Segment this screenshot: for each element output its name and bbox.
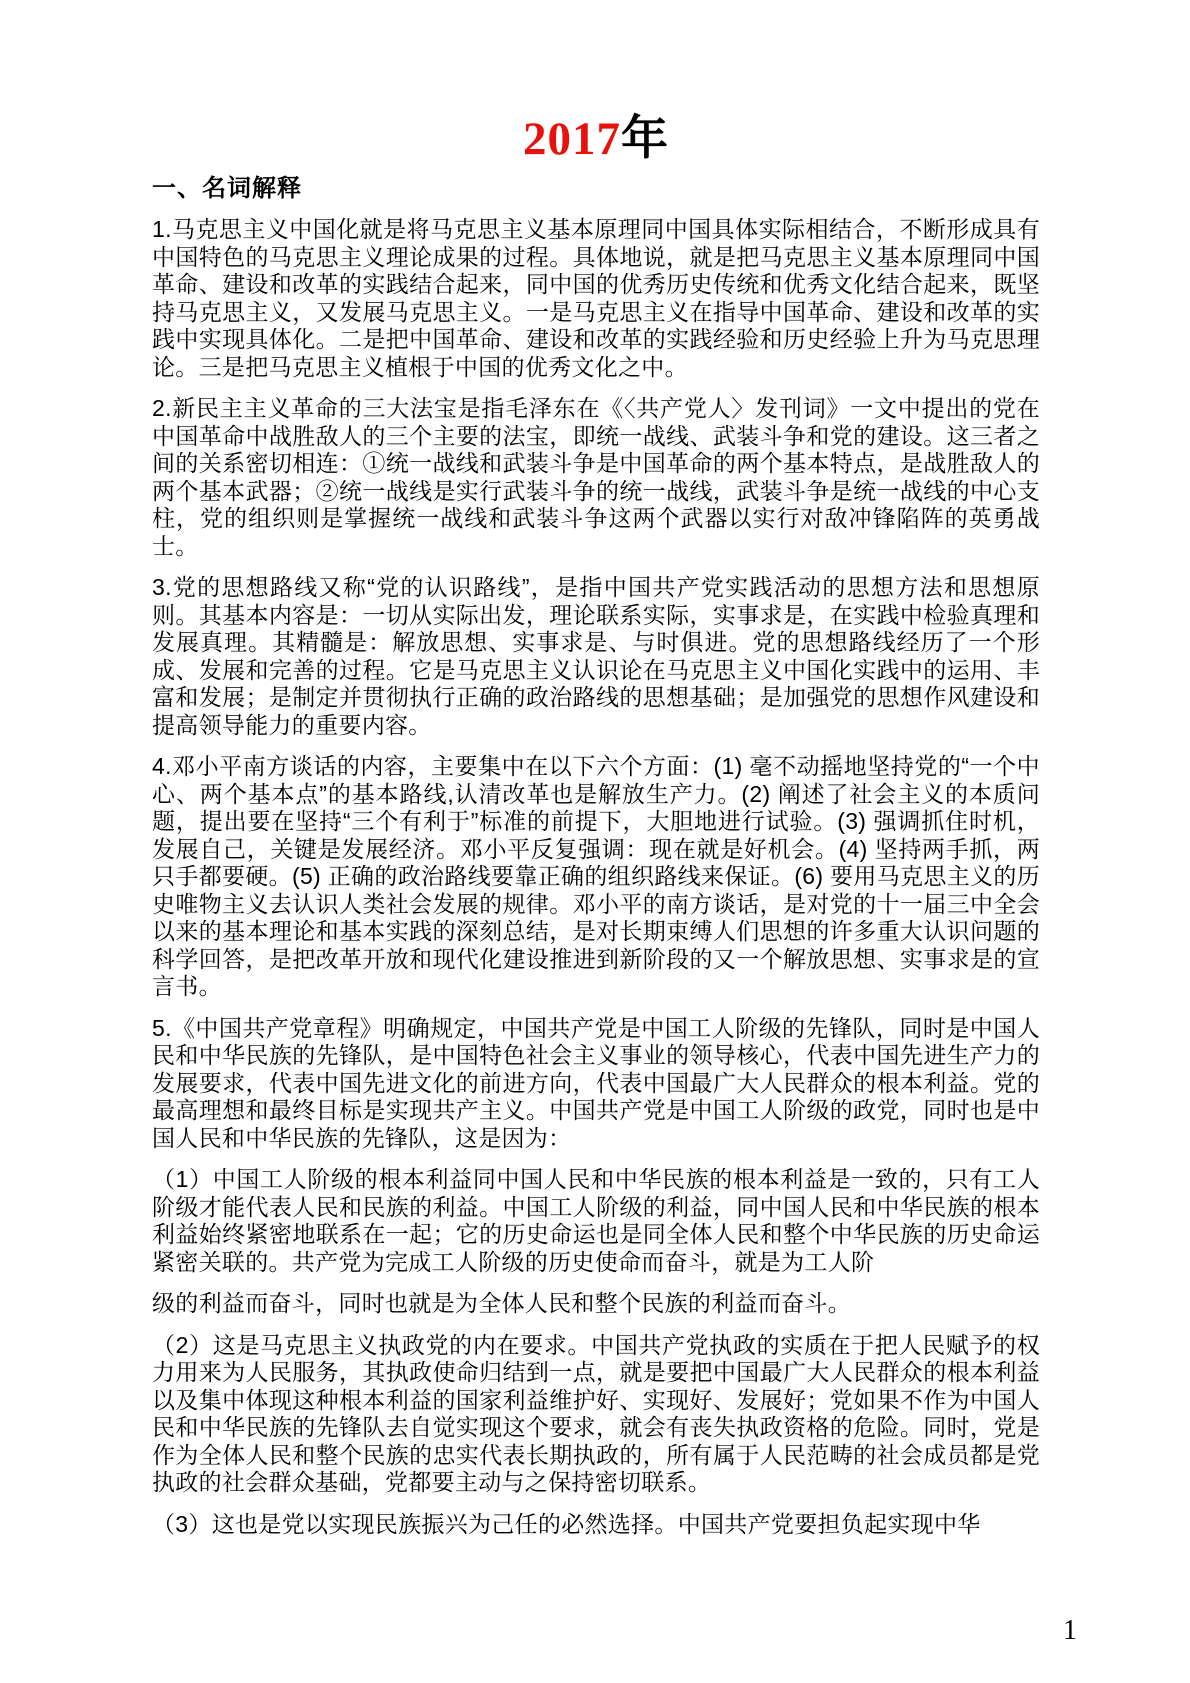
page-number: 1 xyxy=(1063,1615,1077,1647)
title-year: 2017 xyxy=(523,113,621,165)
paragraph-definition-3: 3.党的思想路线又称“党的认识路线”，是指中国共产党实践活动的思想方法和思想原则… xyxy=(152,574,1040,739)
paragraph-subpoint-2: （2）这是马克思主义执政党的内在要求。中国共产党执政的实质在于把人民赋予的权力用… xyxy=(152,1332,1040,1497)
paragraph-definition-2: 2.新民主主义革命的三大法宝是指毛泽东在《〈共产党人〉发刊词》一文中提出的党在中… xyxy=(152,395,1040,560)
title-year-suffix: 年 xyxy=(621,111,669,164)
document-page: 2017年 一、名词解释 1.马克思主义中国化就是将马克思主义基本原理同中国具体… xyxy=(0,0,1190,1683)
section-heading: 一、名词解释 xyxy=(152,176,1040,202)
paragraph-definition-1: 1.马克思主义中国化就是将马克思主义基本原理同中国具体实际相结合，不断形成具有中… xyxy=(152,216,1040,381)
document-content: 2017年 一、名词解释 1.马克思主义中国化就是将马克思主义基本原理同中国具体… xyxy=(152,112,1040,1538)
paragraph-subpoint-3: （3）这也是党以实现民族振兴为己任的必然选择。中国共产党要担负起实现中华 xyxy=(152,1511,1040,1539)
page-title: 2017年 xyxy=(152,112,1040,166)
paragraph-definition-5: 5.《中国共产党章程》明确规定，中国共产党是中国工人阶级的先锋队，同时是中国人民… xyxy=(152,1015,1040,1153)
paragraph-definition-4: 4.邓小平南方谈话的内容，主要集中在以下六个方面：(1) 毫不动摇地坚持党的“一… xyxy=(152,753,1040,1001)
paragraph-subpoint-1: （1）中国工人阶级的根本利益同中国人民和中华民族的根本利益是一致的，只有工人阶级… xyxy=(152,1166,1040,1276)
paragraph-subpoint-1-continued: 级的利益而奋斗，同时也就是为全体人民和整个民族的利益而奋斗。 xyxy=(152,1290,1040,1318)
